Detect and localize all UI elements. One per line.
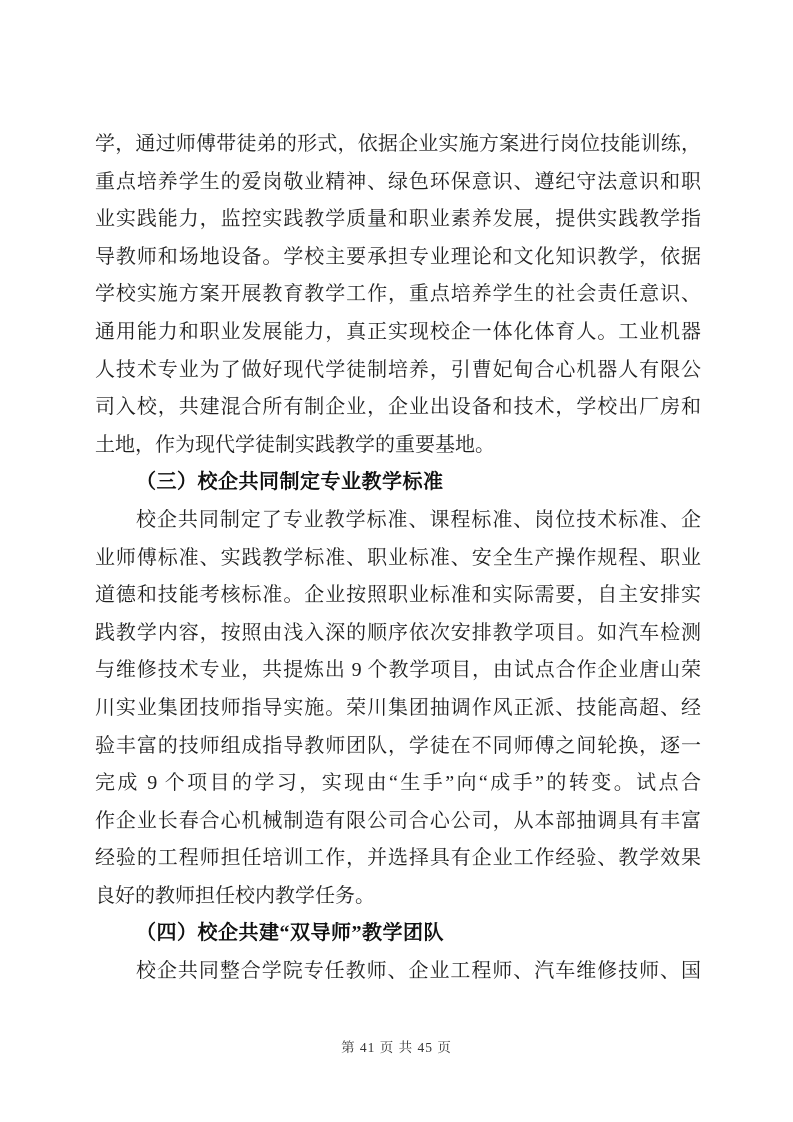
body-text-line: 人技术专业为了做好现代学徒制培养，引曹妃甸合心机器人有限公 [95,352,701,390]
document-text-body: 学，通过师傅带徒弟的形式，依据企业实施方案进行岗位技能训练，重点培养学生的爱岗敬… [95,126,701,991]
body-text-line: 学校实施方案开展教育教学工作，重点培养学生的社会责任意识、 [95,276,701,314]
body-text-line: 司入校，共建混合所有制企业，企业出设备和技术，学校出厂房和 [95,389,701,427]
body-text-line: 校企共同整合学院专任教师、企业工程师、汽车维修技师、国 [95,953,701,991]
body-text-line: 完成 9 个项目的学习，实现由“生手”向“成手”的转变。试点合 [95,765,701,803]
page-number-text: 第 41 页 共 45 页 [341,1040,452,1055]
document-page: 学，通过师傅带徒弟的形式，依据企业实施方案进行岗位技能训练，重点培养学生的爱岗敬… [0,0,793,1122]
section-heading: （三）校企共同制定专业教学标准 [95,464,701,502]
body-text-line: 良好的教师担任校内教学任务。 [95,878,701,916]
body-text-line: 经验的工程师担任培训工作，并选择具有企业工作经验、教学效果 [95,840,701,878]
body-text-line: 土地，作为现代学徒制实践教学的重要基地。 [95,427,701,465]
body-text-line: 学，通过师傅带徒弟的形式，依据企业实施方案进行岗位技能训练， [95,126,701,164]
body-text-line: 导教师和场地设备。学校主要承担专业理论和文化知识教学，依据 [95,239,701,277]
body-text-line: 道德和技能考核标准。企业按照职业标准和实际需要，自主安排实 [95,577,701,615]
body-text-line: 践教学内容，按照由浅入深的顺序依次安排教学项目。如汽车检测 [95,615,701,653]
body-text-line: 业师傅标准、实践教学标准、职业标准、安全生产操作规程、职业 [95,540,701,578]
body-text-line: 业实践能力，监控实践教学质量和职业素养发展，提供实践教学指 [95,201,701,239]
section-heading: （四）校企共建“双导师”教学团队 [95,915,701,953]
page-footer: 第 41 页 共 45 页 [0,1036,793,1056]
body-text-line: 与维修技术专业，共提炼出 9 个教学项目，由试点合作企业唐山荣 [95,652,701,690]
body-text-line: 验丰富的技师组成指导教师团队，学徒在不同师傅之间轮换，逐一 [95,728,701,766]
body-text-line: 校企共同制定了专业教学标准、课程标准、岗位技术标准、企 [95,502,701,540]
body-text-line: 作企业长春合心机械制造有限公司合心公司，从本部抽调具有丰富 [95,803,701,841]
body-text-line: 重点培养学生的爱岗敬业精神、绿色环保意识、遵纪守法意识和职 [95,164,701,202]
body-text-line: 通用能力和职业发展能力，真正实现校企一体化体育人。工业机器 [95,314,701,352]
body-text-line: 川实业集团技师指导实施。荣川集团抽调作风正派、技能高超、经 [95,690,701,728]
